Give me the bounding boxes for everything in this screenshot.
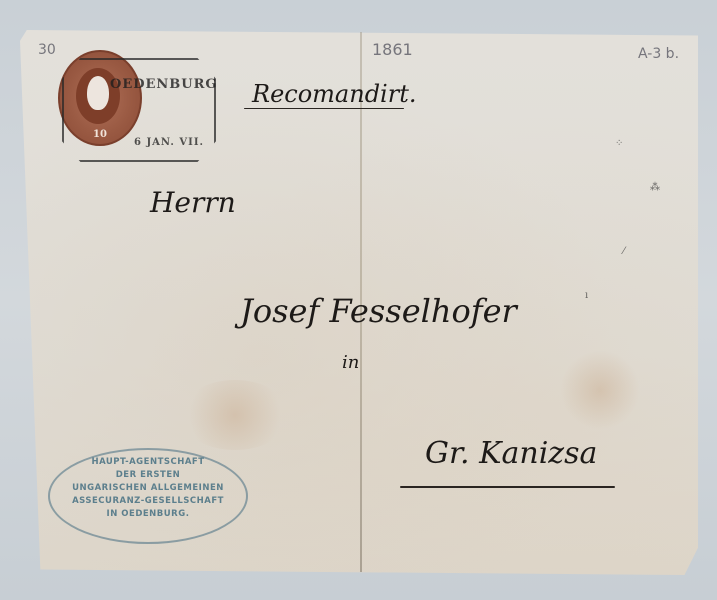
faint-marks: ⁄ [623, 246, 625, 257]
registration-underline [244, 108, 404, 109]
paper-stain [560, 350, 640, 430]
salutation: Herrn [150, 186, 236, 219]
cachet-line: DER ERSTEN [50, 469, 246, 482]
faint-marks: ⁂ [650, 182, 660, 193]
pencil-note-number: 30 [38, 42, 56, 58]
faint-marks: ı [585, 290, 588, 301]
destination-underline [400, 486, 615, 488]
cachet-line: UNGARISCHEN ALLGEMEINEN [50, 482, 246, 495]
insurance-company-cachet: HAUPT-AGENTSCHAFT DER ERSTEN UNGARISCHEN… [48, 448, 248, 544]
cachet-line: ASSECURANZ-GESELLSCHAFT [50, 495, 246, 508]
postmark-date: 6 JAN. VII. [134, 137, 204, 148]
cachet-line: HAUPT-AGENTSCHAFT [50, 456, 246, 469]
destination-town: Gr. Kanizsa [425, 436, 597, 471]
cachet-line: IN OEDENBURG. [50, 508, 246, 521]
faint-marks: ⁘ [615, 138, 623, 149]
registration-note: Recomandirt. [252, 80, 416, 108]
pencil-note-year: 1861 [372, 40, 413, 59]
pencil-note-catalog: A-3 b. [638, 46, 679, 62]
postmark-town: OEDENBURG [110, 77, 218, 92]
preposition-in: in [342, 352, 359, 373]
paper-stain [180, 380, 290, 450]
recipient-name: Josef Fesselhofer [240, 292, 517, 330]
